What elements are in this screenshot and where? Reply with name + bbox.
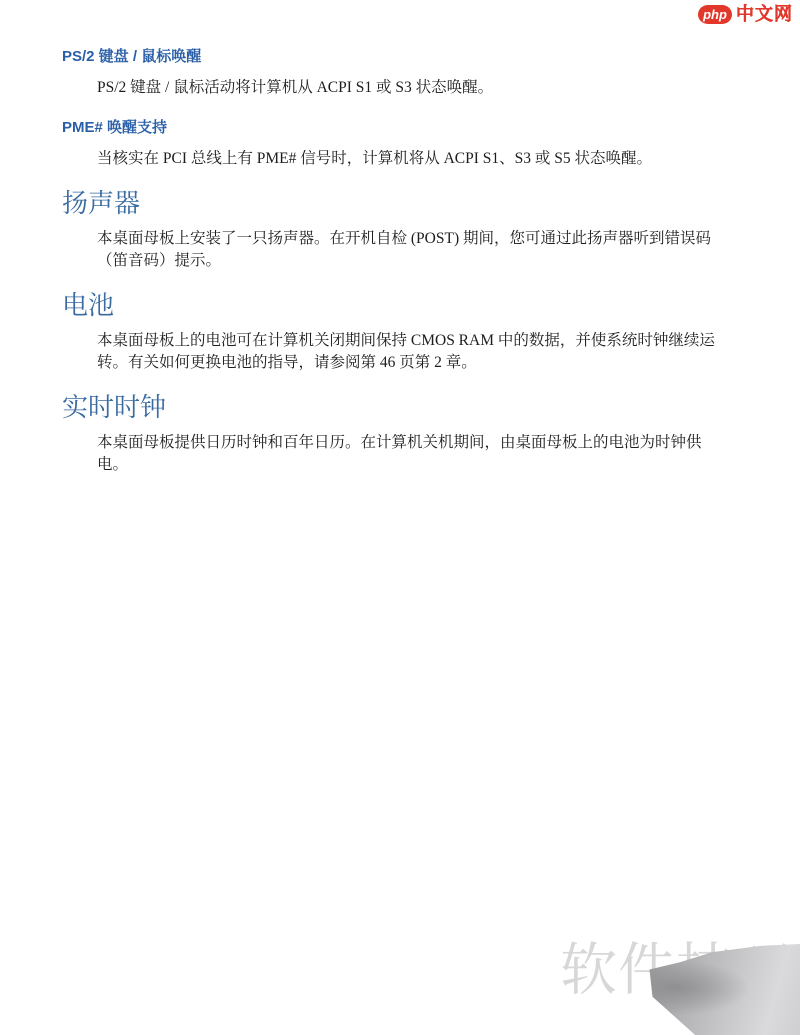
section-pme-wake: PME# 唤醒支持 当核实在 PCI 总线上有 PME# 信号时，计算机将从 A… (62, 119, 722, 170)
paragraph-pme-wake: 当核实在 PCI 总线上有 PME# 信号时，计算机将从 ACPI S1、S3 … (97, 148, 719, 170)
section-battery: 电池 本桌面母板上的电池可在计算机关闭期间保持 CMOS RAM 中的数据，并使… (62, 292, 722, 374)
paragraph-speaker: 本桌面母板上安装了一只扬声器。在开机自检 (POST) 期间，您可通过此扬声器听… (97, 228, 719, 272)
heading-battery: 电池 (62, 292, 722, 320)
document-page: php 中文网 PS/2 键盘 / 鼠标唤醒 PS/2 键盘 / 鼠标活动将计算… (0, 0, 800, 1035)
heading-rtc: 实时时钟 (62, 394, 722, 422)
php-badge-icon: php (698, 5, 732, 24)
subsection-heading-ps2-wake: PS/2 键盘 / 鼠标唤醒 (62, 48, 722, 65)
paragraph-battery: 本桌面母板上的电池可在计算机关闭期间保持 CMOS RAM 中的数据，并使系统时… (97, 330, 719, 374)
paragraph-rtc: 本桌面母板提供日历时钟和百年日历。在计算机关机期间，由桌面母板上的电池为时钟供电… (97, 432, 719, 476)
heading-speaker: 扬声器 (62, 190, 722, 218)
php-cn-logo: php 中文网 (698, 4, 793, 25)
section-speaker: 扬声器 本桌面母板上安装了一只扬声器。在开机自检 (POST) 期间，您可通过此… (62, 190, 722, 272)
php-cn-logo-text: 中文网 (736, 4, 793, 25)
section-rtc: 实时时钟 本桌面母板提供日历时钟和百年日历。在计算机关机期间，由桌面母板上的电池… (62, 394, 722, 476)
section-ps2-wake: PS/2 键盘 / 鼠标唤醒 PS/2 键盘 / 鼠标活动将计算机从 ACPI … (62, 48, 722, 99)
document-content: PS/2 键盘 / 鼠标唤醒 PS/2 键盘 / 鼠标活动将计算机从 ACPI … (62, 48, 722, 496)
paragraph-ps2-wake: PS/2 键盘 / 鼠标活动将计算机从 ACPI S1 或 S3 状态唤醒。 (97, 77, 719, 99)
subsection-heading-pme-wake: PME# 唤醒支持 (62, 119, 722, 136)
